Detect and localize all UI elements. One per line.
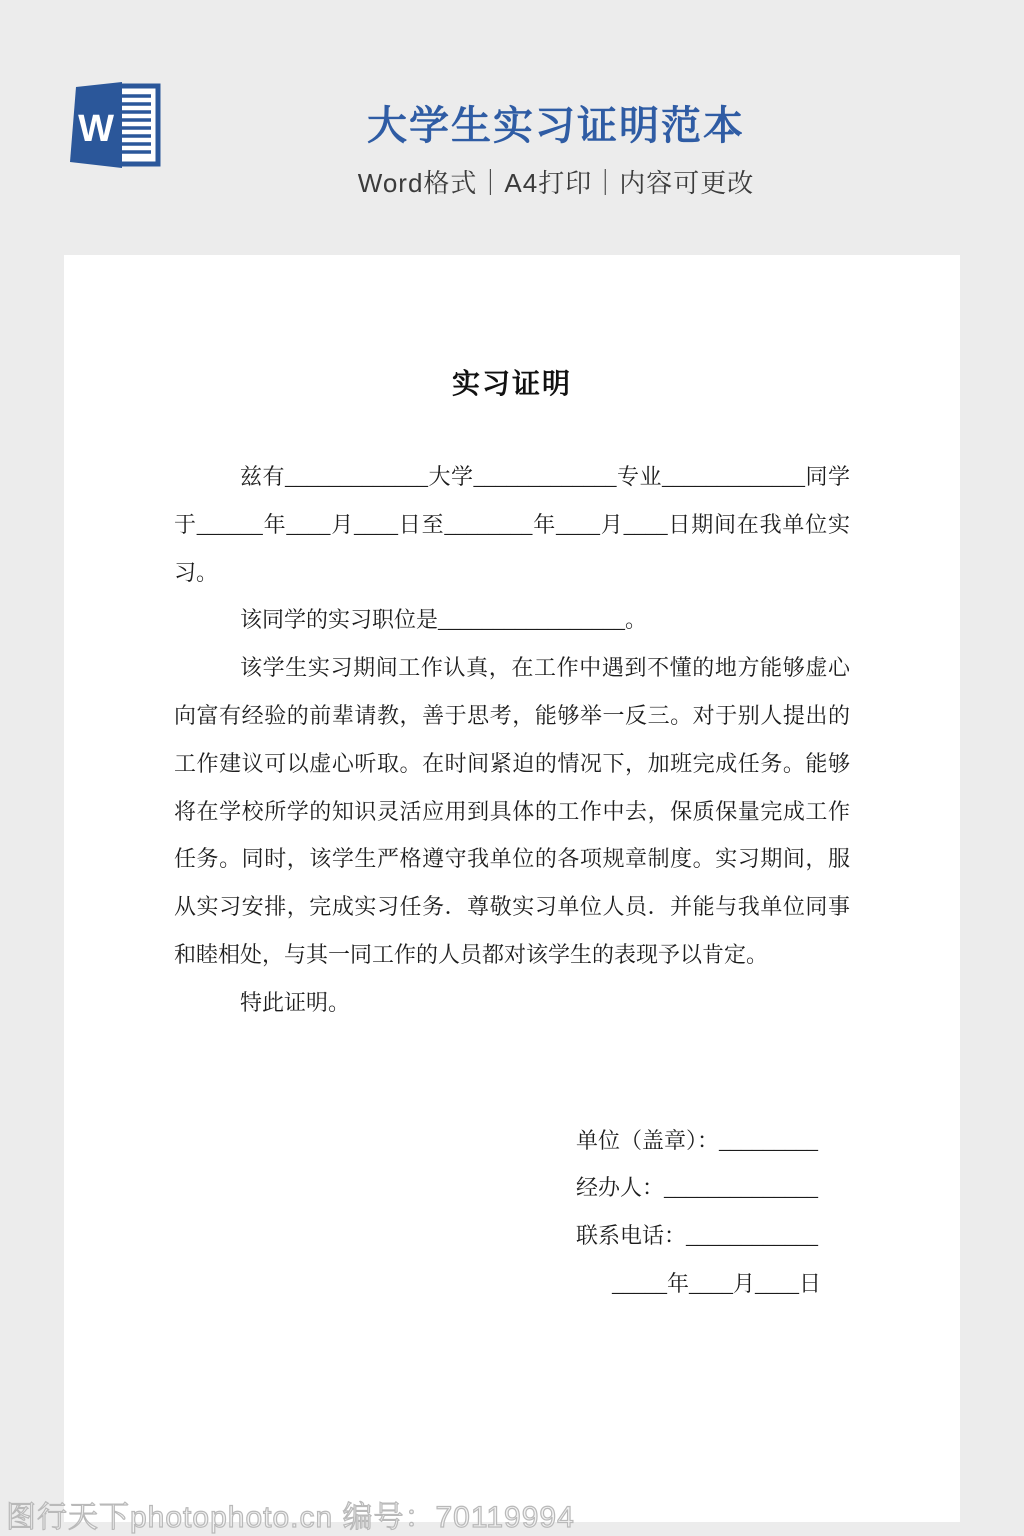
word-icon-letter: W xyxy=(78,108,114,150)
paragraph-position: 该同学的实习职位是_________________。 xyxy=(174,596,850,644)
page-background: W 大学生实习证明范本 Word格式｜A4打印｜内容可更改 实习证明 兹有___… xyxy=(0,0,1024,1536)
signature-block: 单位（盖章）：_________ 经办人：______________ 联系电话… xyxy=(576,1117,850,1308)
paragraph-closing: 特此证明。 xyxy=(174,979,850,1027)
paragraph-intro: 兹有_____________大学_____________专业________… xyxy=(174,453,850,596)
signature-unit-seal: 单位（盖章）：_________ xyxy=(576,1117,850,1165)
page-subtitle: Word格式｜A4打印｜内容可更改 xyxy=(358,163,754,200)
watermark: 图行天下photophoto.cn 编号：70119994 xyxy=(6,1492,575,1536)
signature-phone: 联系电话：____________ xyxy=(576,1212,850,1260)
signature-date: _____年____月____日 xyxy=(576,1260,850,1308)
word-icon-graphic: W xyxy=(64,78,164,172)
page-title: 大学生实习证明范本 xyxy=(358,94,754,151)
document-title: 实习证明 xyxy=(64,255,960,399)
signature-handler: 经办人：______________ xyxy=(576,1164,850,1212)
document-paper: 实习证明 兹有_____________大学_____________专业___… xyxy=(64,255,960,1522)
document-body: 兹有_____________大学_____________专业________… xyxy=(174,453,850,1308)
header: W 大学生实习证明范本 Word格式｜A4打印｜内容可更改 xyxy=(0,0,1024,255)
word-icon: W xyxy=(64,78,164,172)
paragraph-evaluation: 该学生实习期间工作认真，在工作中遇到不懂的地方能够虚心向富有经验的前辈请教，善于… xyxy=(174,644,850,979)
header-text: 大学生实习证明范本 Word格式｜A4打印｜内容可更改 xyxy=(358,94,754,200)
